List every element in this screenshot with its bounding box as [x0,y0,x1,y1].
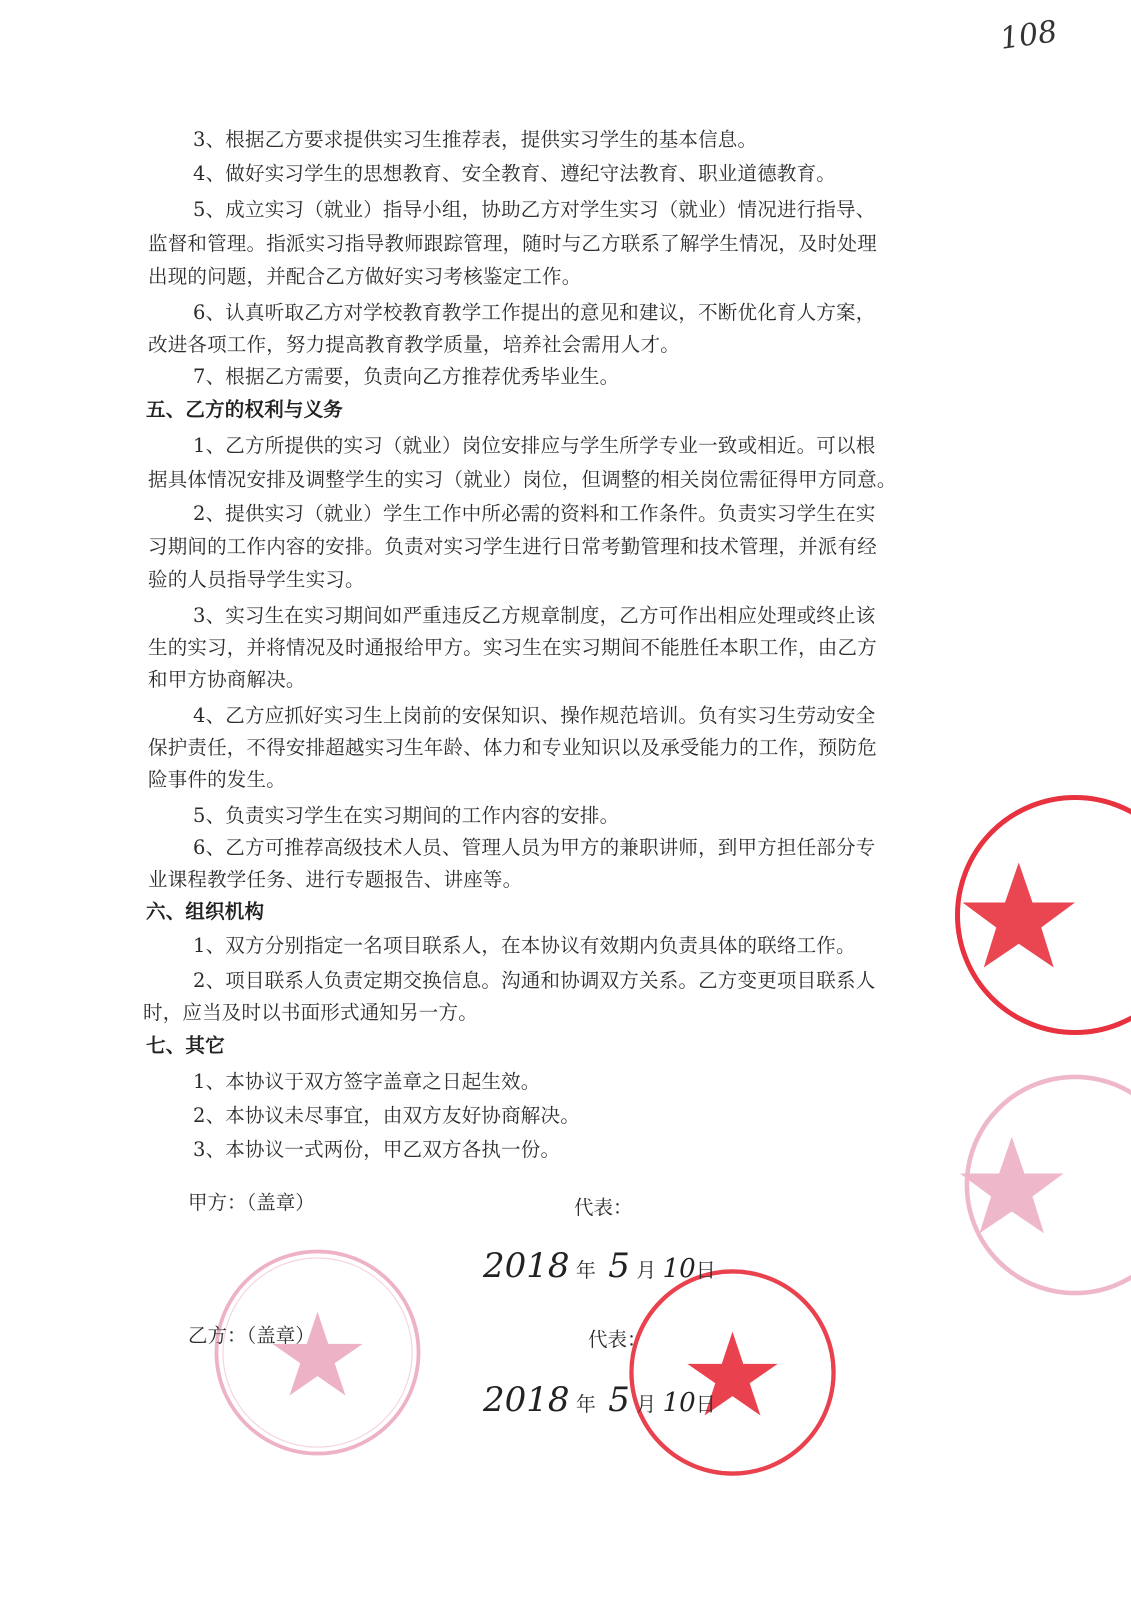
clause-line: 4、乙方应抓好实习生上岗前的安保知识、操作规范培训。负有实习生劳动安全 [193,700,875,728]
section-heading: 六、组织机构 [146,896,264,924]
chengdu-company-stamp-partial [960,1070,1131,1300]
clause-line: 6、认真听取乙方对学校教育教学工作提出的意见和建议，不断优化育人方案， [193,297,875,325]
date-year-unit: 年 [576,1258,596,1282]
clause-line: 4、做好实习学生的思想教育、安全教育、遵纪守法教育、职业道德教育。 [193,158,836,186]
party-b-representative-label: 代表： [588,1324,647,1352]
clause-line: 业课程教学任务、进行专题报告、讲座等。 [148,864,522,892]
clause-line: 和甲方协商解决。 [148,664,306,692]
clause-line: 3、实习生在实习期间如严重违反乙方规章制度，乙方可作出相应处理或终止该 [193,600,875,628]
chengdu-company-stamp [210,1245,425,1460]
clause-line: 5、成立实习（就业）指导小组，协助乙方对学生实习（就业）情况进行指导、 [193,194,875,222]
clause-line: 出现的问题，并配合乙方做好实习考核鉴定工作。 [148,261,581,289]
clause-line: 1、本协议于双方签字盖章之日起生效。 [193,1066,541,1094]
date-month-unit: 月 [636,1392,656,1416]
clause-line: 据具体情况安排及调整学生的实习（就业）岗位，但调整的相关岗位需征得甲方同意。 [148,464,897,492]
clause-line: 保护责任，不得安排超越实习生年龄、体力和专业知识以及承受能力的工作，预防危 [148,732,877,760]
section-heading: 五、乙方的权利与义务 [146,394,343,422]
party-a-representative-label: 代表： [574,1192,633,1220]
date-month-unit: 月 [636,1258,656,1282]
clause-line: 3、根据乙方要求提供实习生推荐表，提供实习学生的基本信息。 [193,124,757,152]
deyang-school-stamp [625,1265,840,1480]
clause-line: 1、乙方所提供的实习（就业）岗位安排应与学生所学专业一致或相近。可以根 [193,430,875,458]
clause-line: 时，应当及时以书面形式通知另一方。 [143,997,478,1025]
party-a-date: 2018 年 5 月 10日 [483,1246,716,1286]
clause-line: 改进各项工作，努力提高教育教学质量，培养社会需用人才。 [148,329,680,357]
clause-line: 2、本协议未尽事宜，由双方友好协商解决。 [193,1100,580,1128]
deyang-school-stamp-partial [950,790,1131,1040]
clause-line: 监督和管理。指派实习指导教师跟踪管理，随时与乙方联系了解学生情况，及时处理 [148,228,877,256]
clause-line: 7、根据乙方需要，负责向乙方推荐优秀毕业生。 [193,361,619,389]
date-day: 10 [663,1254,696,1284]
date-year: 2018 [483,1380,570,1420]
clause-line: 习期间的工作内容的安排。负责对实习学生进行日常考勤管理和技术管理，并派有经 [148,531,877,559]
date-day-unit: 日 [696,1258,716,1282]
date-day-unit: 日 [696,1392,716,1416]
clause-line: 6、乙方可推荐高级技术人员、管理人员为甲方的兼职讲师，到甲方担任部分专 [193,832,875,860]
clause-line: 生的实习，并将情况及时通报给甲方。实习生在实习期间不能胜任本职工作，由乙方 [148,632,877,660]
date-month: 5 [608,1380,630,1420]
party-b-date: 2018 年 5 月 10日 [483,1380,716,1420]
date-day: 10 [663,1388,696,1418]
clause-line: 2、项目联系人负责定期交换信息。沟通和协调双方关系。乙方变更项目联系人 [193,965,875,993]
clause-line: 验的人员指导学生实习。 [148,564,365,592]
clause-line: 5、负责实习学生在实习期间的工作内容的安排。 [193,800,619,828]
date-year-unit: 年 [576,1392,596,1416]
party-b-seal-label: 乙方：（盖章） [188,1320,315,1348]
clause-line: 3、本协议一式两份，甲乙双方各执一份。 [193,1134,560,1162]
clause-line: 1、双方分别指定一名项目联系人，在本协议有效期内负责具体的联络工作。 [193,930,856,958]
clause-line: 2、提供实习（就业）学生工作中所必需的资料和工作条件。负责实习学生在实 [193,498,875,526]
section-heading: 七、其它 [146,1030,225,1058]
date-month: 5 [608,1246,630,1286]
party-a-seal-label: 甲方：（盖章） [188,1187,315,1215]
clause-line: 险事件的发生。 [148,764,286,792]
date-year: 2018 [483,1246,570,1286]
handwritten-page-number: 108 [998,14,1060,57]
